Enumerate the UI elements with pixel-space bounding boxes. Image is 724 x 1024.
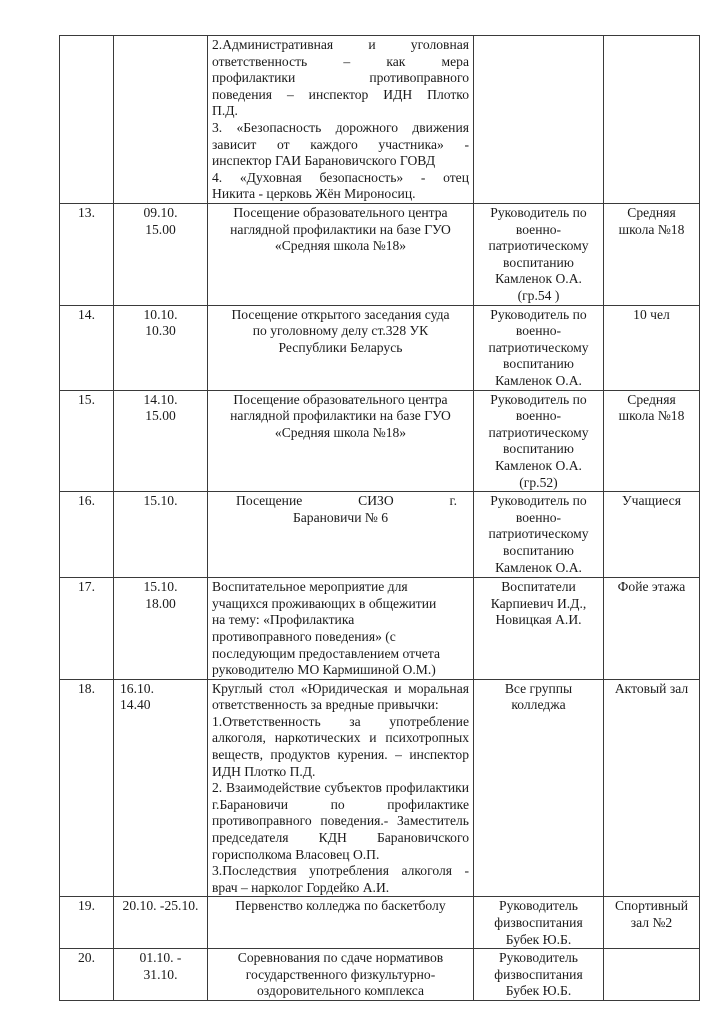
text-line: 31.10.: [118, 967, 203, 984]
text-line: 18.00: [118, 596, 203, 613]
event-location: Учащиеся: [604, 492, 700, 578]
table-row: 15.14.10.15.00Посещение образовательного…: [60, 390, 700, 492]
text-line: Руководитель по: [478, 493, 599, 510]
event-location: 10 чел: [604, 305, 700, 390]
text-line: Руководитель: [478, 898, 599, 915]
responsible-person: РуководительфизвоспитанияБубек Ю.Б.: [474, 897, 604, 949]
text-line: Средняя: [608, 205, 695, 222]
text-line: 15.00: [118, 408, 203, 425]
text-line: 15.10.: [118, 493, 203, 510]
text-line: государственного физкультурно-: [212, 967, 469, 984]
text-line: наглядной профилактики на базе ГУО: [212, 408, 469, 425]
row-number: 19.: [60, 897, 114, 949]
table-row: 18.16.10.14.40Круглый стол «Юридическая …: [60, 679, 700, 897]
text-line: военно-: [478, 323, 599, 340]
table-row: 13.09.10.15.00Посещение образовательного…: [60, 204, 700, 306]
text-line: Руководитель по: [478, 307, 599, 324]
text-line: поведения – инспектор ИДН Плотко: [212, 87, 469, 104]
text-line: Барановичи № 6: [212, 510, 469, 527]
text-line: Руководитель по: [478, 205, 599, 222]
responsible-person: [474, 36, 604, 204]
text-line: на тему: «Профилактика: [212, 612, 469, 629]
table-row: 19.20.10. -25.10.Первенство колледжа по …: [60, 897, 700, 949]
text-line: физвоспитания: [478, 915, 599, 932]
text-line: профилактики противоправного: [212, 70, 469, 87]
text-line: колледжа: [478, 697, 599, 714]
text-line: противоправного поведения» (с: [212, 629, 469, 646]
row-number: 16.: [60, 492, 114, 578]
event-description: Соревнования по сдаче нормативовгосударс…: [208, 949, 474, 1001]
text-line: патриотическому: [478, 340, 599, 357]
event-location: [604, 949, 700, 1001]
text-line: 3.Последствия употребления алкоголя -: [212, 863, 469, 880]
event-location: Фойе этажа: [604, 578, 700, 680]
event-description: Первенство колледжа по баскетболу: [208, 897, 474, 949]
text-line: ИДН Плотко П.Д.: [212, 764, 469, 781]
text-line: Посещение открытого заседания суда: [212, 307, 469, 324]
text-line: 2. Взаимодействие субъектов профилактики: [212, 780, 469, 797]
text-line: военно-: [478, 510, 599, 527]
responsible-person: Руководитель повоенно-патриотическомувос…: [474, 305, 604, 390]
row-number: 20.: [60, 949, 114, 1001]
text-line: Учащиеся: [608, 493, 695, 510]
event-date: 01.10. -31.10.: [114, 949, 208, 1001]
text-line: по уголовному делу ст.328 УК: [212, 323, 469, 340]
text-line: Бубек Ю.Б.: [478, 932, 599, 949]
text-line: патриотическому: [478, 238, 599, 255]
text-line: физвоспитания: [478, 967, 599, 984]
text-line: 4. «Духовная безопасность» - отец: [212, 170, 469, 187]
table-row: 14.10.10.10.30Посещение открытого заседа…: [60, 305, 700, 390]
event-date: [114, 36, 208, 204]
event-location: Средняяшкола №18: [604, 204, 700, 306]
responsible-person: Все группыколледжа: [474, 679, 604, 897]
text-line: председателя КДН Барановичского: [212, 830, 469, 847]
text-line: Республики Беларусь: [212, 340, 469, 357]
events-plan-table: 2.Административная и уголовнаяответствен…: [59, 35, 700, 1001]
text-line: Камленок О.А.: [478, 271, 599, 288]
text-line: Камленок О.А.: [478, 560, 599, 577]
text-line: «Средняя школа №18»: [212, 238, 469, 255]
responsible-person: РуководительфизвоспитанияБубек Ю.Б.: [474, 949, 604, 1001]
text-line: Все группы: [478, 681, 599, 698]
text-line: (гр.52): [478, 475, 599, 492]
text-line: Круглый стол «Юридическая и моральная: [212, 681, 469, 698]
text-line: противоправного поведения.- Заместитель: [212, 813, 469, 830]
event-date: 15.10.18.00: [114, 578, 208, 680]
text-line: 3. «Безопасность дорожного движения: [212, 120, 469, 137]
text-line: зал №2: [608, 915, 695, 932]
event-description: Посещение образовательного центранаглядн…: [208, 204, 474, 306]
text-line: Спортивный: [608, 898, 695, 915]
text-line: наглядной профилактики на базе ГУО: [212, 222, 469, 239]
table-row: 16.15.10.Посещение СИЗО г.Барановичи № 6…: [60, 492, 700, 578]
responsible-person: Руководитель повоенно-патриотическомувос…: [474, 390, 604, 492]
event-date: 15.10.: [114, 492, 208, 578]
event-date: 20.10. -25.10.: [114, 897, 208, 949]
text-line: Первенство колледжа по баскетболу: [212, 898, 469, 915]
event-description: 2.Административная и уголовнаяответствен…: [208, 36, 474, 204]
text-line: Воспитатели: [478, 579, 599, 596]
text-line: (гр.54 ): [478, 288, 599, 305]
text-line: Руководитель по: [478, 392, 599, 409]
event-location: Актовый зал: [604, 679, 700, 897]
text-line: 14.10.: [118, 392, 203, 409]
text-line: 10.10.: [118, 307, 203, 324]
text-line: школа №18: [608, 222, 695, 239]
text-line: воспитанию: [478, 543, 599, 560]
table-row: 2.Административная и уголовнаяответствен…: [60, 36, 700, 204]
text-line: веществ, продуктов курения. – инспектор: [212, 747, 469, 764]
text-line: руководителю МО Кармишиной О.М.): [212, 662, 469, 679]
text-line: Актовый зал: [608, 681, 695, 698]
text-line: 10.30: [118, 323, 203, 340]
event-description: Круглый стол «Юридическая и моральнаяотв…: [208, 679, 474, 897]
text-line: воспитанию: [478, 356, 599, 373]
row-number: 17.: [60, 578, 114, 680]
text-line: военно-: [478, 222, 599, 239]
text-line: горисполкома Власовец О.П.: [212, 847, 469, 864]
event-location: Средняяшкола №18: [604, 390, 700, 492]
responsible-person: Руководитель повоенно-патриотическомувос…: [474, 492, 604, 578]
event-description: Воспитательное мероприятие дляучащихся п…: [208, 578, 474, 680]
text-line: 14.40: [120, 697, 203, 714]
event-date: 16.10.14.40: [114, 679, 208, 897]
text-line: Новицкая А.И.: [478, 612, 599, 629]
text-line: алкоголя, наркотических и психотропных: [212, 730, 469, 747]
text-line: Посещение СИЗО г.: [212, 493, 469, 510]
event-description: Посещение образовательного центранаглядн…: [208, 390, 474, 492]
text-line: врач – нарколог Гордейко А.И.: [212, 880, 469, 897]
text-line: 01.10. -: [118, 950, 203, 967]
text-line: военно-: [478, 408, 599, 425]
text-line: Карпиевич И.Д.,: [478, 596, 599, 613]
text-line: 15.00: [118, 222, 203, 239]
event-date: 10.10.10.30: [114, 305, 208, 390]
row-number: [60, 36, 114, 204]
row-number: 14.: [60, 305, 114, 390]
text-line: 10 чел: [608, 307, 695, 324]
text-line: Посещение образовательного центра: [212, 205, 469, 222]
event-description: Посещение открытого заседания судапо уго…: [208, 305, 474, 390]
text-line: последующим предоставлением отчета: [212, 646, 469, 663]
text-line: ответственность – как мера: [212, 54, 469, 71]
text-line: 20.10. -25.10.: [118, 898, 203, 915]
text-line: П.Д.: [212, 103, 469, 120]
text-line: 15.10.: [118, 579, 203, 596]
text-line: Бубек Ю.Б.: [478, 983, 599, 1000]
text-line: Фойе этажа: [608, 579, 695, 596]
text-line: оздоровительного комплекса: [212, 983, 469, 1000]
text-line: Посещение образовательного центра: [212, 392, 469, 409]
table-row: 20.01.10. -31.10.Соревнования по сдаче н…: [60, 949, 700, 1001]
text-line: воспитанию: [478, 255, 599, 272]
text-line: 1.Ответственность за употребление: [212, 714, 469, 731]
responsible-person: Руководитель повоенно-патриотическомувос…: [474, 204, 604, 306]
text-line: 2.Административная и уголовная: [212, 37, 469, 54]
table-row: 17.15.10.18.00Воспитательное мероприятие…: [60, 578, 700, 680]
text-line: Камленок О.А.: [478, 373, 599, 390]
event-location: Спортивныйзал №2: [604, 897, 700, 949]
text-line: г.Барановичи по профилактике: [212, 797, 469, 814]
text-line: Камленок О.А.: [478, 458, 599, 475]
text-line: учащихся проживающих в общежитии: [212, 596, 469, 613]
text-line: воспитанию: [478, 441, 599, 458]
event-location: [604, 36, 700, 204]
event-date: 09.10.15.00: [114, 204, 208, 306]
text-line: школа №18: [608, 408, 695, 425]
responsible-person: ВоспитателиКарпиевич И.Д.,Новицкая А.И.: [474, 578, 604, 680]
text-line: Средняя: [608, 392, 695, 409]
text-line: 16.10.: [120, 681, 203, 698]
text-line: Соревнования по сдаче нормативов: [212, 950, 469, 967]
text-line: 09.10.: [118, 205, 203, 222]
event-description: Посещение СИЗО г.Барановичи № 6: [208, 492, 474, 578]
text-line: Руководитель: [478, 950, 599, 967]
row-number: 15.: [60, 390, 114, 492]
text-line: Воспитательное мероприятие для: [212, 579, 469, 596]
text-line: патриотическому: [478, 526, 599, 543]
text-line: инспектор ГАИ Барановичского ГОВД: [212, 153, 469, 170]
text-line: патриотическому: [478, 425, 599, 442]
event-date: 14.10.15.00: [114, 390, 208, 492]
row-number: 18.: [60, 679, 114, 897]
text-line: ответственность за вредные привычки:: [212, 697, 469, 714]
row-number: 13.: [60, 204, 114, 306]
text-line: Никита - церковь Жён Мироносиц.: [212, 186, 469, 203]
text-line: зависит от каждого участника» -: [212, 137, 469, 154]
text-line: «Средняя школа №18»: [212, 425, 469, 442]
